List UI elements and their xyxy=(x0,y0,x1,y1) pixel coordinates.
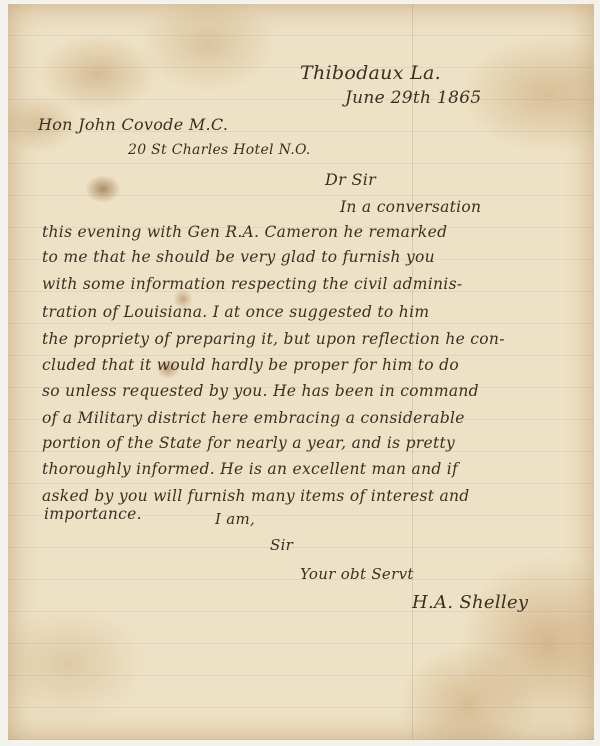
body-line: to me that he should be very glad to fur… xyxy=(42,248,435,266)
body-line: portion of the State for nearly a year, … xyxy=(42,434,455,452)
body-line: this evening with Gen R.A. Cameron he re… xyxy=(42,223,447,241)
body-line: of a Military district here embracing a … xyxy=(42,409,465,427)
body-line: asked by you will furnish many items of … xyxy=(42,487,470,505)
letter-place: Thibodaux La. xyxy=(300,62,441,84)
body-line: importance. xyxy=(44,505,142,523)
letter-date: June 29th 1865 xyxy=(345,88,481,108)
closing-line: Your obt Servt xyxy=(300,565,414,583)
addressee-address: 20 St Charles Hotel N.O. xyxy=(128,142,311,158)
signature: H.A. Shelley xyxy=(412,592,528,613)
body-line: the propriety of preparing it, but upon … xyxy=(42,330,505,348)
body-line: In a conversation xyxy=(340,198,481,216)
addressee-name: Hon John Covode M.C. xyxy=(38,115,228,134)
body-line: so unless requested by you. He has been … xyxy=(42,382,479,400)
closing-line: Sir xyxy=(270,536,293,554)
closing-line: I am, xyxy=(215,510,255,528)
salutation: Dr Sir xyxy=(325,170,376,189)
body-line: with some information respecting the civ… xyxy=(42,275,462,293)
body-line: thoroughly informed. He is an excellent … xyxy=(42,460,458,478)
body-line: tration of Louisiana. I at once suggeste… xyxy=(42,303,429,321)
body-line: cluded that it would hardly be proper fo… xyxy=(42,356,459,374)
